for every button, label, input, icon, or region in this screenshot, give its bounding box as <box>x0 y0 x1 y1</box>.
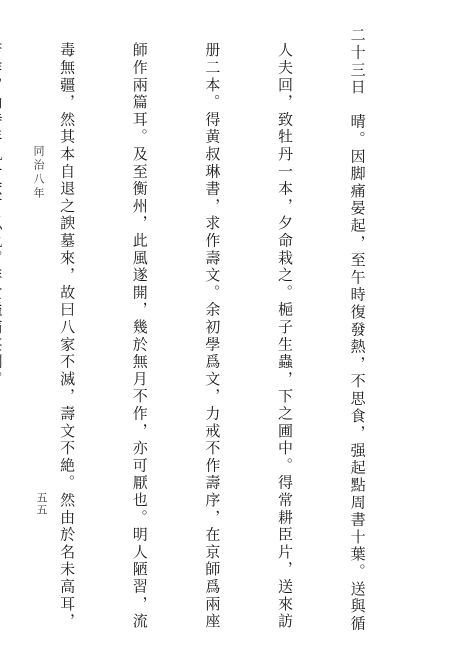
text-column-5: 毒無疆，然其本自退之諛墓來，故曰八家不滅，壽文不絶。然由於名未高耳， <box>55 27 79 627</box>
text-column-2: 人夫回，致牡丹一本，夕命栽之。梔子生蟲，下之圃中。得常耕臣片，送來訪 <box>273 27 297 627</box>
running-header: 同治八年 <box>30 145 46 201</box>
text-column-1: 二十三日 晴。因脚痛晏起，至午時復發熱，不思食，强起點周書十葉。送與循 <box>345 27 369 627</box>
page-number: 五五 <box>33 492 49 516</box>
text-column-4: 師作兩篇耳。及至衡州，此風遂開，幾於無月不作，亦可厭也。明人陋習，流 <box>128 27 152 627</box>
text-column-6: 若作，尚待年九十庶可以免。非女嗌痛甚劇。 <box>0 27 7 627</box>
book-page: 二十三日 晴。因脚痛晏起，至午時復發熱，不思食，强起點周書十葉。送與循 人夫回，… <box>0 0 450 655</box>
text-column-3: 册二本。得黄叔琳書，求作壽文。余初學爲文，力戒不作壽序，在京師爲兩座 <box>200 27 224 627</box>
diary-body-text: 二十三日 晴。因脚痛晏起，至午時復發熱，不思食，强起點周書十葉。送與循 人夫回，… <box>0 27 418 627</box>
